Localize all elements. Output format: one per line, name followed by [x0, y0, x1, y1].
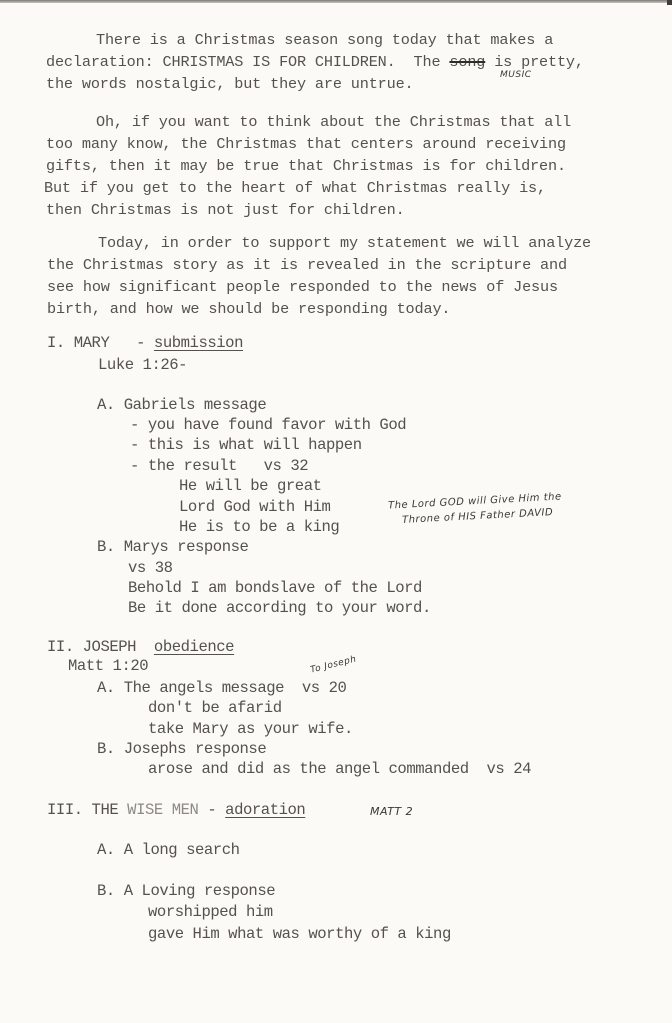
- outline-item: - this is what will happen: [130, 436, 362, 454]
- paragraph-line: the Christmas story as it is revealed in…: [47, 256, 567, 274]
- subpoint-label: B. Marys response: [97, 538, 248, 556]
- section-theme: adoration: [225, 801, 305, 819]
- heading-text: I. MARY -: [47, 334, 154, 352]
- handwritten-correction: MUSIC: [500, 70, 532, 80]
- section-theme: obedience: [154, 638, 234, 656]
- handwritten-margin-note: Throne of HIS Father DAVID: [402, 507, 554, 526]
- subpoint-label: A. Gabriels message: [97, 396, 266, 414]
- scripture-reference: Matt 1:20: [68, 657, 148, 675]
- outline-item: vs 38: [128, 559, 173, 577]
- outline-item: take Mary as your wife.: [148, 720, 353, 738]
- subpoint-label: A. A long search: [97, 841, 240, 859]
- paragraph-line: Today, in order to support my statement …: [98, 234, 591, 252]
- struck-word: song: [449, 53, 485, 71]
- section-heading: I. MARY - submission: [47, 334, 243, 352]
- paragraph-line: Oh, if you want to think about the Chris…: [96, 113, 571, 131]
- paragraph-line: birth, and how we should be responding t…: [47, 300, 450, 318]
- heading-dash: -: [198, 801, 225, 819]
- line-text: declaration: CHRISTMAS IS FOR CHILDREN. …: [46, 53, 449, 71]
- outline-item: gave Him what was worthy of a king: [148, 925, 451, 943]
- scripture-reference: Luke 1:26-: [98, 356, 187, 374]
- outline-item: arose and did as the angel commanded vs …: [148, 760, 531, 778]
- paragraph-line: too many know, the Christmas that center…: [46, 135, 566, 153]
- outline-subitem: He will be great: [179, 477, 322, 495]
- section-heading: III. THE WISE MEN - adoration: [47, 801, 305, 819]
- paragraph-line: declaration: CHRISTMAS IS FOR CHILDREN. …: [46, 53, 584, 71]
- heading-text: III. THE: [47, 801, 127, 819]
- outline-item: Be it done according to your word.: [128, 599, 431, 617]
- handwritten-note: To Joseph: [309, 654, 357, 675]
- paragraph-line: There is a Christmas season song today t…: [96, 31, 553, 49]
- section-heading: II. JOSEPH obedience: [47, 638, 234, 656]
- outline-item: - you have found favor with God: [130, 416, 406, 434]
- subpoint-label: A. The angels message vs 20: [97, 679, 346, 697]
- line-text: is pretty,: [485, 53, 584, 71]
- subpoint-label: B. Josephs response: [97, 740, 266, 758]
- subpoint-label: B. A Loving response: [97, 882, 275, 900]
- outline-item: worshipped him: [148, 903, 273, 921]
- paragraph-line: gifts, then it may be true that Christma…: [46, 157, 566, 175]
- page-top-edge: [0, 0, 672, 3]
- page-corner-mark: [667, 0, 672, 5]
- paragraph-line: But if you get to the heart of what Chri…: [44, 179, 546, 197]
- heading-text: II. JOSEPH: [47, 638, 154, 656]
- paragraph-line: the words nostalgic, but they are untrue…: [46, 75, 414, 93]
- heading-faint-text: WISE MEN: [127, 801, 198, 819]
- outline-item: don't be afarid: [148, 699, 282, 717]
- outline-item: - the result vs 32: [130, 457, 308, 475]
- outline-subitem: Lord God with Him: [179, 498, 330, 516]
- paragraph-line: then Christmas is not just for children.: [46, 201, 405, 219]
- outline-item: Behold I am bondslave of the Lord: [128, 579, 422, 597]
- section-theme: submission: [154, 334, 243, 352]
- outline-subitem: He is to be a king: [179, 518, 339, 536]
- paragraph-line: see how significant people responded to …: [47, 278, 558, 296]
- handwritten-reference: MATT 2: [370, 805, 413, 818]
